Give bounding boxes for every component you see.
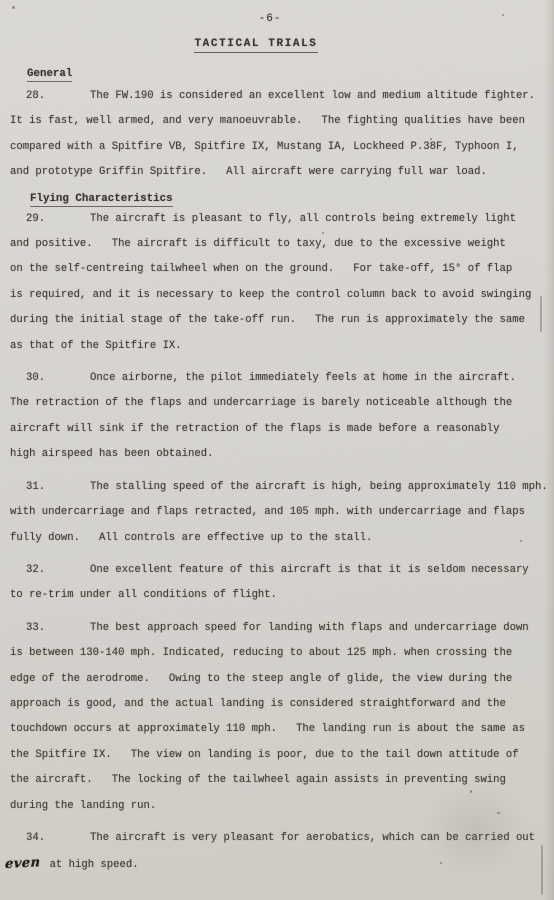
- scan-speck: [497, 812, 500, 814]
- paragraph-line: evenat high speed.: [5, 851, 548, 878]
- paragraph-line: with undercarriage and flaps retracted, …: [10, 500, 548, 525]
- paragraph-line: the Spitfire IX. The view on landing is …: [10, 743, 548, 768]
- paragraph-32: 32.One excellent feature of this aircraf…: [0, 558, 548, 609]
- scan-speck: [470, 790, 472, 793]
- paragraph-line: compared with a Spitfire VB, Spitfire IX…: [10, 135, 548, 160]
- paragraph-line: to re-trim under all conditions of fligh…: [10, 583, 548, 608]
- scan-fold-mark: [540, 296, 542, 332]
- paragraph-line: 29.The aircraft is pleasant to fly, all …: [26, 207, 548, 232]
- paragraph-line: is between 130-140 mph. Indicated, reduc…: [10, 641, 548, 666]
- paragraph-28: 28.The FW.190 is considered an excellent…: [0, 84, 548, 186]
- paragraph-34: 34.The aircraft is very pleasant for aer…: [0, 826, 548, 879]
- paragraph-29: 29.The aircraft is pleasant to fly, all …: [0, 207, 548, 359]
- paragraph-number: 34.: [26, 826, 90, 851]
- paragraph-line: 32.One excellent feature of this aircraf…: [26, 558, 548, 583]
- paragraph-line: and positive. The aircraft is difficult …: [10, 232, 548, 257]
- scan-speck: [440, 862, 442, 864]
- paragraph-text: The aircraft is pleasant to fly, all con…: [90, 213, 516, 225]
- paragraph-text: The aircraft is very pleasant for aeroba…: [90, 832, 535, 844]
- paragraph-line: high airspeed has been obtained.: [10, 442, 548, 467]
- page-number: -6-: [0, 0, 547, 25]
- paragraph-line: 28.The FW.190 is considered an excellent…: [26, 84, 548, 109]
- paragraph-text: at high speed.: [50, 859, 139, 871]
- scan-speck: [322, 232, 324, 234]
- document-title: TACTICAL TRIALS: [194, 38, 317, 53]
- paragraph-line: approach is good, and the actual landing…: [10, 692, 548, 717]
- paragraph-line: as that of the Spitfire IX.: [10, 334, 548, 359]
- paragraph-line: The retraction of the flaps and undercar…: [10, 391, 548, 416]
- paragraph-line: on the self-centreing tailwheel when on …: [10, 257, 548, 282]
- paragraph-line: edge of the aerodrome. Owing to the stee…: [10, 667, 548, 692]
- paragraph-30: 30.Once airborne, the pilot immediately …: [0, 366, 548, 468]
- paragraph-line: fully down. All controls are effective u…: [10, 526, 548, 551]
- paragraph-text: One excellent feature of this aircraft i…: [90, 564, 529, 576]
- paragraph-line: 33.The best approach speed for landing w…: [26, 616, 548, 641]
- section-heading-flying-characteristics: Flying Characteristics: [30, 193, 173, 207]
- paragraph-text: The FW.190 is considered an excellent lo…: [90, 90, 535, 102]
- paragraph-line: is required, and it is necessary to keep…: [10, 283, 548, 308]
- section-heading-general: General: [27, 68, 72, 82]
- paragraph-31: 31.The stalling speed of the aircraft is…: [0, 475, 548, 551]
- paragraph-line: 31.The stalling speed of the aircraft is…: [26, 475, 548, 500]
- paragraph-line: 34.The aircraft is very pleasant for aer…: [26, 826, 548, 851]
- scanned-document-page: -6- TACTICAL TRIALS General 28.The FW.19…: [0, 0, 554, 900]
- paragraph-number: 32.: [26, 558, 90, 583]
- scan-fold-mark: [541, 845, 543, 895]
- paragraph-number: 31.: [26, 475, 90, 500]
- paragraph-number: 29.: [26, 207, 90, 232]
- scan-speck: [520, 540, 522, 542]
- paragraph-line: aircraft will sink if the retraction of …: [10, 417, 548, 442]
- paragraph-text: The best approach speed for landing with…: [90, 622, 529, 634]
- scan-speck: [170, 452, 172, 454]
- paragraph-line: 30.Once airborne, the pilot immediately …: [26, 366, 548, 391]
- paragraph-line: It is fast, well armed, and very manoeuv…: [10, 109, 548, 134]
- paragraph-33: 33.The best approach speed for landing w…: [0, 616, 548, 819]
- paragraph-number: 33.: [26, 616, 90, 641]
- paragraph-text: The stalling speed of the aircraft is hi…: [90, 481, 548, 493]
- paragraph-number: 28.: [26, 84, 90, 109]
- paragraph-line: during the landing run.: [10, 794, 548, 819]
- scan-speck: [430, 138, 432, 140]
- paragraph-text: Once airborne, the pilot immediately fee…: [90, 372, 516, 384]
- paragraph-line: touchdown occurs at approximately 110 mp…: [10, 717, 548, 742]
- handwritten-annotation: even: [4, 850, 41, 877]
- paragraph-line: during the initial stage of the take-off…: [10, 308, 548, 333]
- paragraph-line: the aircraft. The locking of the tailwhe…: [10, 768, 548, 793]
- paragraph-number: 30.: [26, 366, 90, 391]
- paragraph-line: and prototype Griffin Spitfire. All airc…: [10, 160, 548, 185]
